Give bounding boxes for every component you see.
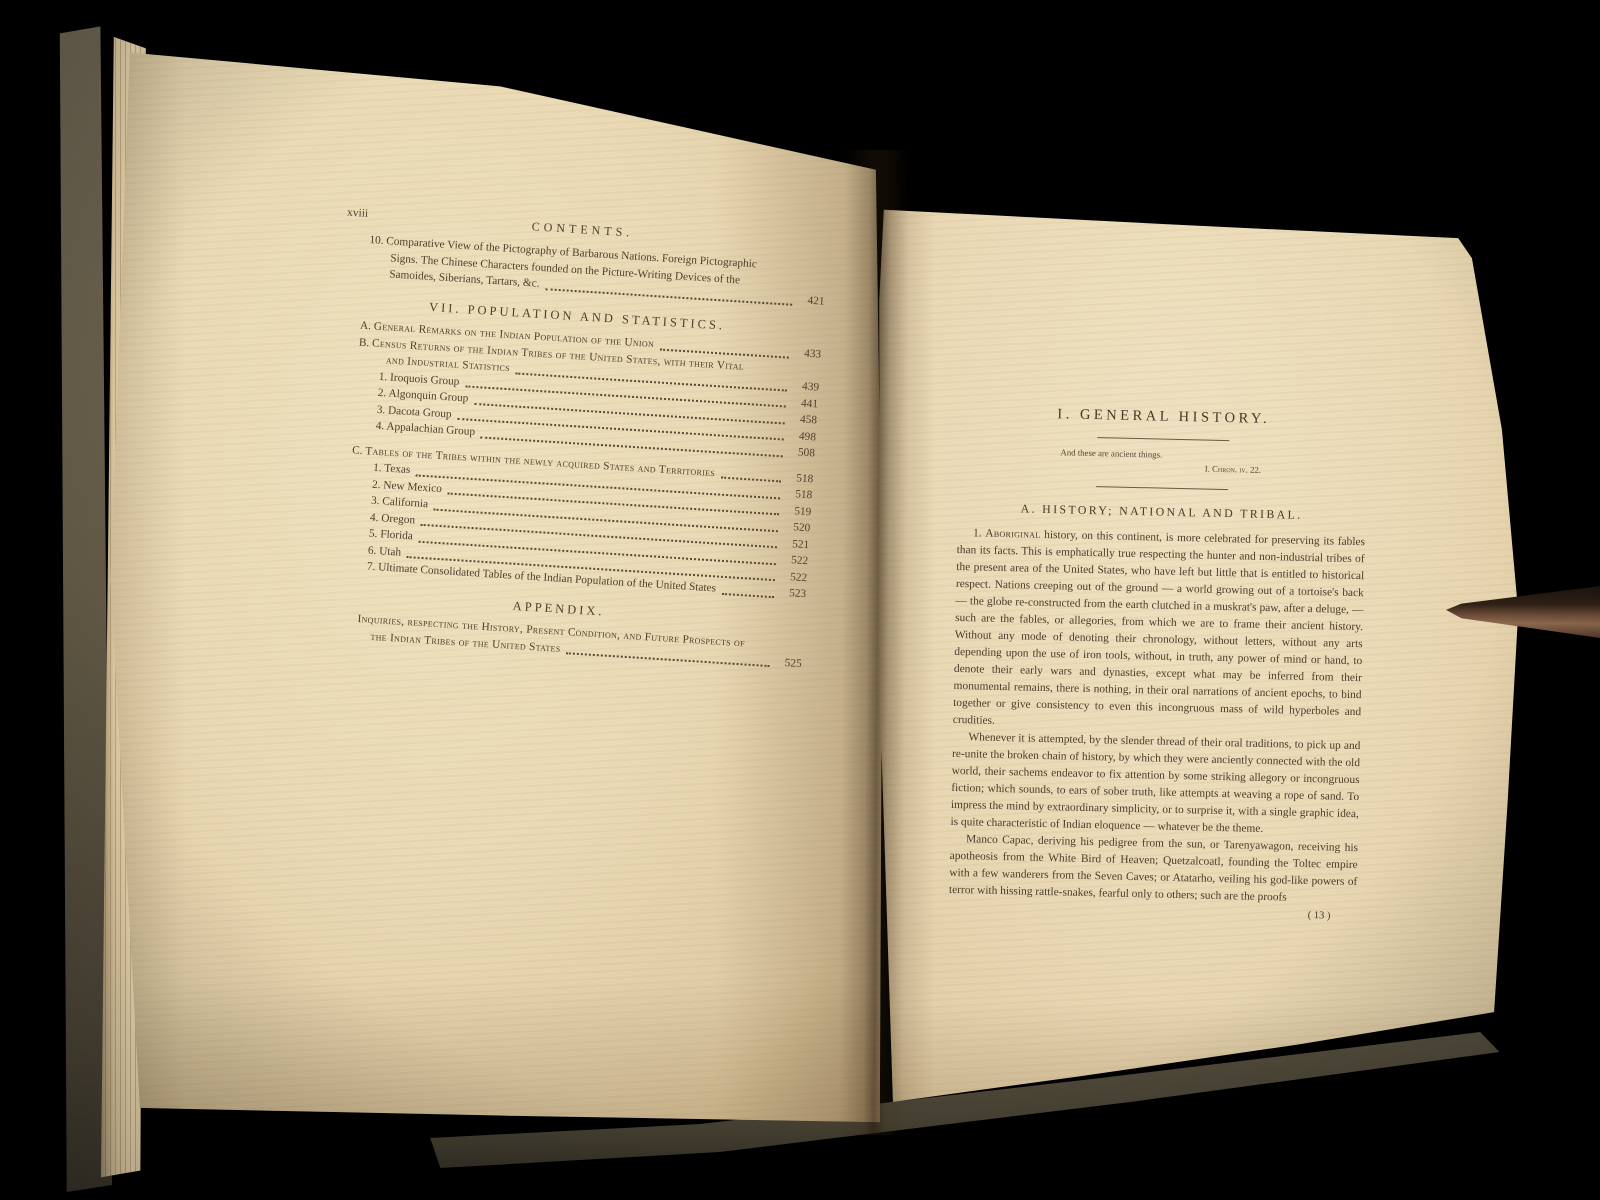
toc-page-number: 518 <box>784 486 813 504</box>
toc-entry-number: A. <box>360 320 375 333</box>
divider-rule-top <box>1097 437 1229 441</box>
toc-entry-text: Iroquois Group <box>390 371 460 387</box>
contents-page-text: xviii CONTENTS. 10. Comparative View of … <box>310 198 829 672</box>
section-heading: A. HISTORY; NATIONAL AND TRIBAL. <box>957 500 1365 524</box>
epigraph: And these are ancient things. I. Chron. … <box>1060 446 1266 477</box>
toc-page-number: 525 <box>773 654 802 672</box>
toc-entry-text: New Mexico <box>383 479 442 495</box>
toc-page-number: 522 <box>779 568 808 586</box>
toc-page-number: 520 <box>782 519 811 537</box>
body-paragraph: Manco Capac, deriving his pedigree from … <box>949 831 1358 908</box>
toc-entry-text: Utah <box>379 545 402 558</box>
chapter-page-text: I. GENERAL HISTORY. And these are ancien… <box>948 404 1367 922</box>
toc-page-number: 508 <box>786 444 815 462</box>
toc-page-number: 441 <box>790 394 819 412</box>
toc-leader-dots <box>545 288 792 306</box>
toc-page-number: 522 <box>780 551 809 569</box>
toc-entry-number: 4. <box>375 420 386 433</box>
gutter-shadow <box>839 150 910 1135</box>
toc-page-number: 523 <box>778 584 807 602</box>
toc-entry-number: 2. <box>377 387 388 400</box>
divider-rule-bottom <box>1096 486 1228 490</box>
toc-page-number: 421 <box>796 292 825 310</box>
toc-entry-number: B. <box>359 336 373 349</box>
body-paragraph: 1. Aboriginal history, on this continent… <box>953 525 1366 738</box>
toc-entry-text: Texas <box>384 462 411 476</box>
toc-leader-dots <box>722 592 774 597</box>
toc-page-number: 518 <box>785 469 814 487</box>
toc-page-number: 439 <box>791 378 820 396</box>
toc-entry-label: 6. Utah <box>367 542 401 561</box>
body-paragraph: Whenever it is attempted, by the slender… <box>950 729 1360 840</box>
toc-entry-text: California <box>382 495 428 510</box>
toc-entry-text: Dacota Group <box>388 404 452 420</box>
toc-entry-text: Appalachian Group <box>386 421 475 439</box>
toc-list: 10. Comparative View of the Pictography … <box>310 230 827 672</box>
toc-page-number: 519 <box>783 502 812 520</box>
toc-entry-number: 10. <box>369 234 387 247</box>
book-photo: xviii CONTENTS. 10. Comparative View of … <box>0 0 1600 1200</box>
toc-page-number: 498 <box>787 427 816 445</box>
toc-page-number: 521 <box>781 535 810 553</box>
small-caps-word: Aboriginal <box>985 528 1040 541</box>
toc-entry-text: Florida <box>380 528 413 542</box>
toc-page-number: 458 <box>788 411 817 429</box>
toc-entry-text: Oregon <box>381 512 416 526</box>
left-page-folio: xviii <box>347 205 369 223</box>
toc-entry-number: C. <box>352 444 366 457</box>
body-paragraphs: 1. Aboriginal history, on this continent… <box>949 525 1365 908</box>
toc-page-number: 433 <box>793 345 822 363</box>
